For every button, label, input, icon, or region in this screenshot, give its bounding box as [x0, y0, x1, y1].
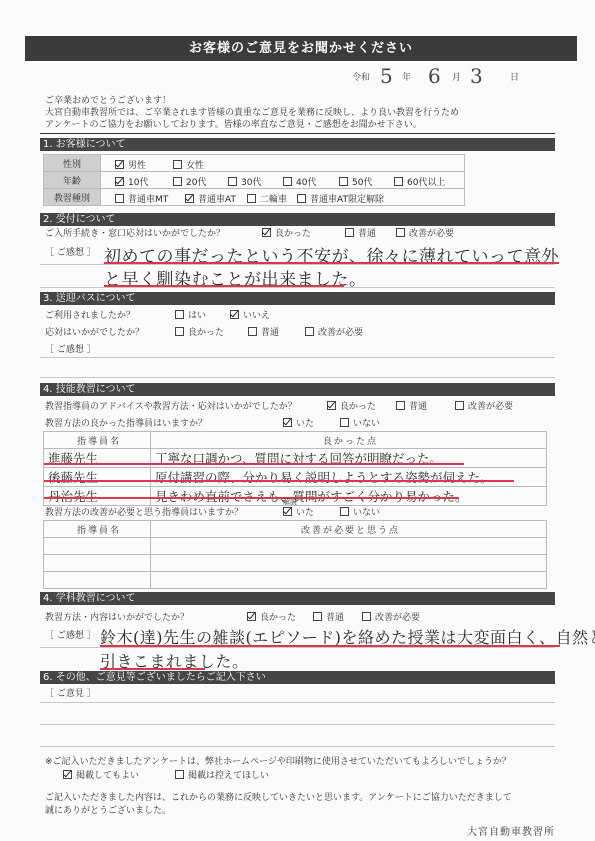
- checkbox-icon[interactable]: [175, 327, 184, 336]
- course-motorcycle-option[interactable]: 二輪車: [247, 192, 287, 205]
- intro-line-2: 大宮自動車教習所では、ご卒業されます皆様の貴重なご意見を業務に反映し、より良い教…: [45, 107, 459, 119]
- section-reception-header: 2. 受付について: [40, 213, 555, 226]
- checkbox-icon[interactable]: [262, 228, 271, 237]
- checkbox-icon[interactable]: [313, 612, 322, 621]
- closing-line-2: 誠にありがとうございました。: [45, 805, 171, 817]
- checkbox-icon[interactable]: [297, 194, 306, 203]
- bus-service-improve-option[interactable]: 改善が必要: [305, 327, 363, 339]
- checkbox-icon[interactable]: [115, 177, 124, 186]
- checkbox-icon[interactable]: [173, 160, 182, 169]
- section-shuttle-bus-header: 3. 送迎バスについて: [40, 292, 555, 305]
- good-instructor-question: 教習方法の良かった指導員はいますか？: [45, 418, 207, 430]
- checkbox-icon[interactable]: [340, 507, 349, 516]
- comment-ruled-line[interactable]: [40, 702, 555, 703]
- improve-point-header: 改善が必要と思う点: [151, 521, 547, 538]
- instructor-name-cell[interactable]: 後藤先生: [44, 468, 151, 487]
- instructor-name-cell[interactable]: 丹治先生: [44, 487, 151, 506]
- section-other-comments-header: 6. その他、ご意見等ございましたらご記入下さい: [40, 671, 555, 684]
- gender-label: 性別: [44, 155, 101, 172]
- instructor-name-header: 指導員名: [44, 432, 151, 449]
- comment-ruled-line: [40, 287, 555, 288]
- consent-decline-option[interactable]: 掲載は控えてほしい: [175, 770, 269, 782]
- comment-ruled-line[interactable]: [40, 746, 555, 747]
- customer-profile-table: 性別 男性 女性 年齢 10代 20代 30代 40代 50代 60代以上 教習…: [43, 154, 465, 206]
- improve-point-cell[interactable]: [151, 538, 547, 555]
- age-20s-option[interactable]: 20代: [173, 175, 206, 188]
- section-classroom-lessons-header: 4. 学科教習について: [40, 592, 555, 605]
- bus-usage-yes-option[interactable]: はい: [175, 310, 206, 322]
- consent-allow-option[interactable]: 掲載してもよい: [63, 770, 139, 782]
- checkbox-icon[interactable]: [228, 177, 237, 186]
- gender-row: 性別 男性 女性: [44, 155, 465, 172]
- improve-instructor-table: 指導員名 改善が必要と思う点: [43, 520, 547, 589]
- intro-line-3: アンケートのご協力をお願いしております。皆様の率直なご意見・ご感想をお聞かせ下さ…: [45, 119, 459, 131]
- instructor-improve-option[interactable]: 改善が必要: [455, 401, 513, 413]
- good-point-cell[interactable]: 原付講習の際、分かり易く説明しようとする姿勢が伺えた。: [151, 468, 547, 487]
- good-instructor-yes-option[interactable]: いた: [283, 418, 314, 430]
- table-header-row: 指導員名 良かった点: [44, 432, 547, 449]
- organization-name: 大宮自動車教習所: [467, 823, 555, 838]
- checkbox-icon[interactable]: [248, 327, 257, 336]
- comment-ruled-line[interactable]: [40, 357, 555, 358]
- reception-normal-option[interactable]: 普通: [345, 228, 376, 240]
- instructor-good-option[interactable]: 良かった: [327, 401, 376, 413]
- age-row: 年齢 10代 20代 30代 40代 50代 60代以上: [44, 172, 465, 189]
- checkbox-icon[interactable]: [362, 612, 371, 621]
- classroom-comment-label: ［ ご感想 ］: [45, 630, 96, 642]
- checkbox-icon[interactable]: [247, 612, 256, 621]
- date-day-unit: 日: [510, 70, 519, 83]
- checkbox-icon[interactable]: [396, 401, 405, 410]
- age-30s-option[interactable]: 30代: [228, 175, 261, 188]
- age-60s-plus-option[interactable]: 60代以上: [394, 175, 445, 188]
- comment-ruled-line[interactable]: [40, 377, 555, 378]
- checkbox-icon[interactable]: [185, 194, 194, 203]
- classroom-good-option[interactable]: 良かった: [247, 612, 296, 624]
- gender-female-option[interactable]: 女性: [173, 158, 204, 171]
- course-type-label: 教習種別: [44, 189, 101, 206]
- section-driving-lessons-header: 4. 技能教習について: [40, 383, 555, 396]
- instructor-rating-question: 教習指導員のアドバイスや教習方法・応対はいかがでしたか？: [45, 401, 297, 413]
- reception-comment-label: ［ ご感想 ］: [45, 247, 96, 259]
- age-label: 年齢: [44, 172, 101, 189]
- course-at-limit-removal-option[interactable]: 普通車AT限定解除: [297, 192, 384, 205]
- reception-improve-option[interactable]: 改善が必要: [396, 228, 454, 240]
- table-row: [44, 538, 547, 555]
- date-year-value: 5: [380, 64, 393, 88]
- other-comment-label: ［ ご意見 ］: [45, 688, 96, 700]
- table-row: [44, 555, 547, 572]
- checkbox-icon[interactable]: [175, 770, 184, 779]
- checkbox-icon[interactable]: [455, 401, 464, 410]
- divider: [40, 133, 555, 134]
- checkbox-icon[interactable]: [339, 177, 348, 186]
- highlight-underline: [44, 497, 459, 499]
- checkbox-icon[interactable]: [345, 228, 354, 237]
- checkbox-icon[interactable]: [394, 177, 403, 186]
- instructor-name-cell[interactable]: [44, 555, 151, 572]
- improve-point-cell[interactable]: [151, 572, 547, 589]
- table-row: [44, 572, 547, 589]
- classroom-normal-option[interactable]: 普通: [313, 612, 344, 624]
- checkbox-icon[interactable]: [283, 507, 292, 516]
- classroom-question: 教習方法・内容はいかがでしたか？: [45, 612, 189, 624]
- comment-ruled-line: [40, 647, 555, 648]
- table-row: 後藤先生 原付講習の際、分かり易く説明しようとする姿勢が伺えた。: [44, 468, 547, 487]
- checkbox-icon[interactable]: [247, 194, 256, 203]
- checkbox-icon[interactable]: [230, 310, 239, 319]
- age-10s-option[interactable]: 10代: [115, 175, 148, 188]
- improve-instructor-no-option[interactable]: いない: [340, 507, 380, 519]
- age-50s-option[interactable]: 50代: [339, 175, 372, 188]
- closing-line-1: ご記入いただきました内容は、これからの業務に反映していきたいと思います。アンケー…: [45, 792, 512, 804]
- table-header-row: 指導員名 改善が必要と思う点: [44, 521, 547, 538]
- instructor-name-header: 指導員名: [44, 521, 151, 538]
- date-day-value: 3: [470, 64, 483, 88]
- bus-service-normal-option[interactable]: 普通: [248, 327, 279, 339]
- highlight-underline: [44, 463, 464, 465]
- instructor-normal-option[interactable]: 普通: [396, 401, 427, 413]
- good-instructor-table: 指導員名 良かった点 進藤先生 丁寧な口調かつ、質問に対する回答が明瞭だった。 …: [43, 431, 547, 506]
- classroom-improve-option[interactable]: 改善が必要: [362, 612, 420, 624]
- good-instructor-no-option[interactable]: いない: [340, 418, 380, 430]
- highlight-underline: [44, 480, 514, 482]
- reception-good-option[interactable]: 良かった: [262, 228, 311, 240]
- intro-line-1: ご卒業おめでとうございます！: [45, 95, 459, 107]
- date-year-unit: 年: [402, 70, 411, 83]
- section-customer-header: 1. お客様について: [40, 138, 555, 151]
- checkbox-icon[interactable]: [283, 177, 292, 186]
- highlight-underline: [100, 668, 205, 670]
- checkbox-icon[interactable]: [340, 418, 349, 427]
- improve-instructor-question: 教習方法の改善が必要と思う指導員はいますか？: [45, 507, 243, 519]
- bus-service-good-option[interactable]: 良かった: [175, 327, 224, 339]
- bus-comment-label: ［ ご感想 ］: [45, 344, 96, 356]
- age-40s-option[interactable]: 40代: [283, 175, 316, 188]
- bus-service-question: 応対はいかがでしたか？: [45, 327, 144, 339]
- bus-usage-no-option[interactable]: いいえ: [230, 310, 270, 322]
- course-at-option[interactable]: 普通車AT: [185, 192, 236, 205]
- improve-point-cell[interactable]: [151, 555, 547, 572]
- gender-male-option[interactable]: 男性: [115, 158, 146, 171]
- checkbox-icon[interactable]: [175, 310, 184, 319]
- instructor-name-cell[interactable]: [44, 538, 151, 555]
- checkbox-icon[interactable]: [305, 327, 314, 336]
- reception-question: ご入所手続き・窓口応対はいかがでしたか？: [45, 228, 225, 240]
- checkbox-icon[interactable]: [115, 194, 124, 203]
- comment-ruled-line[interactable]: [40, 724, 555, 725]
- checkbox-icon[interactable]: [327, 401, 336, 410]
- checkbox-icon[interactable]: [115, 160, 124, 169]
- handwritten-correction: 解説: [283, 497, 297, 507]
- instructor-name-cell[interactable]: [44, 572, 151, 589]
- survey-title: お客様のご意見をお聞かせください: [25, 36, 577, 61]
- date-month-value: 6: [428, 64, 441, 88]
- checkbox-icon[interactable]: [396, 228, 405, 237]
- date-month-unit: 月: [452, 70, 461, 83]
- checkbox-icon[interactable]: [283, 418, 292, 427]
- good-point-header: 良かった点: [151, 432, 547, 449]
- course-type-row: 教習種別 普通車MT 普通車AT 二輪車 普通車AT限定解除: [44, 189, 465, 206]
- bus-usage-question: ご利用されましたか？: [45, 310, 135, 322]
- checkbox-icon[interactable]: [173, 177, 182, 186]
- course-mt-option[interactable]: 普通車MT: [115, 192, 168, 205]
- date-era: 令和: [352, 70, 370, 83]
- intro-text: ご卒業おめでとうございます！ 大宮自動車教習所では、ご卒業されます皆様の貴重なご…: [45, 95, 459, 131]
- checkbox-icon[interactable]: [63, 770, 72, 779]
- consent-question: ※ご記入いただきましたアンケートは、弊社ホームページや印刷物に使用させていただい…: [45, 756, 511, 768]
- good-point-cell[interactable]: 見きわめ直前でさえも、質問がすごく分かり易かった。: [151, 487, 547, 506]
- improve-instructor-yes-option[interactable]: いた: [283, 507, 314, 519]
